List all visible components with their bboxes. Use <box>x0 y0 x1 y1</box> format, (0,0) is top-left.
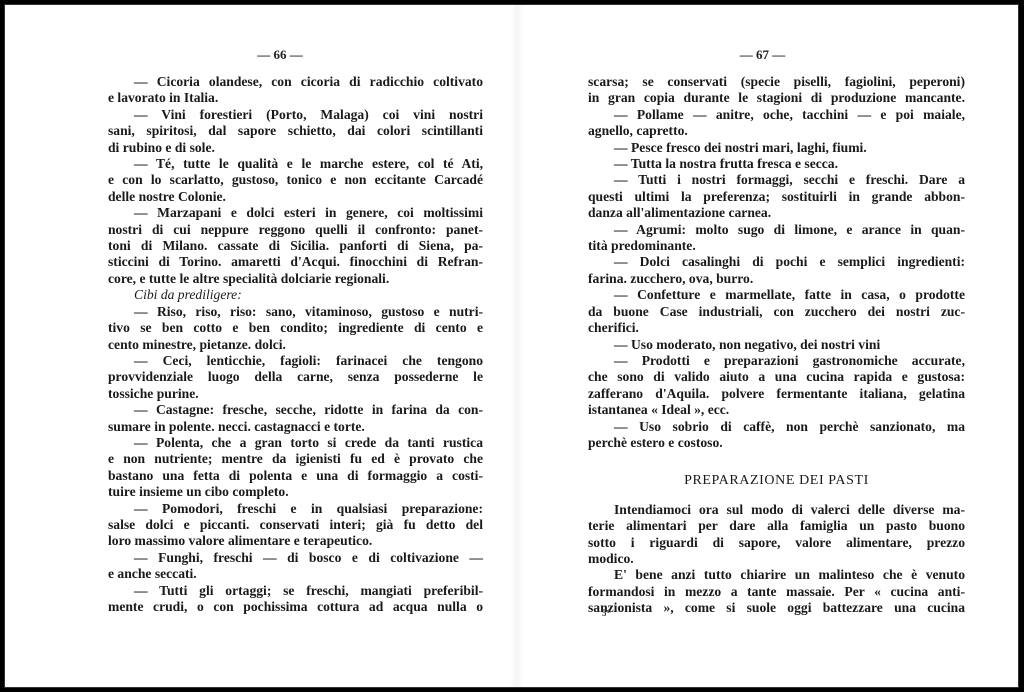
text-line: — Agrumi: molto sugo di limone, e arance… <box>588 222 965 238</box>
text-line: — Pomodori, freschi e in qualsiasi prepa… <box>108 501 483 517</box>
text-line: Intendiamoci ora sul modo di valerci del… <box>588 502 965 518</box>
text-line: Cibi da prediligere: <box>108 287 483 303</box>
text-line: — Tutti i nostri formaggi, secchi e fres… <box>588 172 965 188</box>
text-line: sticcini di Torino. amaretti d'Acqui. fi… <box>108 254 483 270</box>
text-line: bastano una fetta di polenta e una di fo… <box>108 468 483 484</box>
text-line: — Polenta, che a gran torto si crede da … <box>108 435 483 451</box>
text-line: in gran copia durante le stagioni di pro… <box>588 90 965 106</box>
text-line: scarsa; se conservati (specie piselli, f… <box>588 74 965 90</box>
right-page-text-after-heading: Intendiamoci ora sul modo di valerci del… <box>588 502 965 617</box>
text-line: — Tutta la nostra frutta fresca e secca. <box>588 156 965 172</box>
right-page: — 67 — scarsa; se conservati (specie pis… <box>515 5 1020 687</box>
text-line: modico. <box>588 551 965 567</box>
text-line: da buone Case industriali, con zucchero … <box>588 304 965 320</box>
text-line: salse dolci e piccanti. conservati inter… <box>108 517 483 533</box>
text-line: — Marzapani e dolci esteri in genere, co… <box>108 205 483 221</box>
text-line: — Castagne: fresche, secche, ridotte in … <box>108 402 483 418</box>
book-spread: — 66 — — Cicoria olandese, con cicoria d… <box>4 4 1019 688</box>
page-number-left: — 66 — <box>25 47 535 63</box>
text-line: tossiche purine. <box>108 386 483 402</box>
text-line: — Uso sobrio di caffè, non perchè sanzio… <box>588 419 965 435</box>
right-page-body: scarsa; se conservati (specie piselli, f… <box>588 74 965 617</box>
text-line: di rubino e di sole. <box>108 140 483 156</box>
text-line: — Confetture e marmellate, fatte in casa… <box>588 287 965 303</box>
text-line: — Pesce fresco dei nostri mari, laghi, f… <box>588 140 965 156</box>
text-line: zafferano d'Aquila. polvere fermentante … <box>588 386 965 402</box>
text-line: loro massimo valore alimentare e terapeu… <box>108 533 483 549</box>
text-line: core, e tutte le altre specialità dolcia… <box>108 271 483 287</box>
text-line: sumare in polente. necci. castagnacci e … <box>108 419 483 435</box>
text-line: — Dolci casalinghi di pochi e semplici i… <box>588 254 965 270</box>
text-line: — Uso moderato, non negativo, dei nostri… <box>588 337 965 353</box>
text-line: tivo se ben cotto e ben condito; ingredi… <box>108 320 483 336</box>
text-line: — Té, tutte le qualità e le marche ester… <box>108 156 483 172</box>
text-line: farina. zucchero, ova, burro. <box>588 271 965 287</box>
text-line: formandosi in mezzo a tante massaie. Per… <box>588 584 965 600</box>
left-page-body: — Cicoria olandese, con cicoria di radic… <box>108 74 483 615</box>
left-page: — 66 — — Cicoria olandese, con cicoria d… <box>5 5 515 687</box>
text-line: sotto i riguardi di sapore, valore alime… <box>588 535 965 551</box>
text-line: — Prodotti e preparazioni gastronomiche … <box>588 353 965 369</box>
text-line: danza all'alimentazione carnea. <box>588 205 965 221</box>
text-line: — Ceci, lenticchie, fagioli: farinacei c… <box>108 353 483 369</box>
section-heading: PREPARAZIONE DEI PASTI <box>588 473 965 489</box>
text-line: e con lo scarlatto, gustoso, tonico e no… <box>108 172 483 188</box>
text-line: questi ultimi la preferenza; sostituirli… <box>588 189 965 205</box>
text-line: cherifici. <box>588 320 965 336</box>
text-line: toni di Milano. cassate di Sicilia. panf… <box>108 238 483 254</box>
text-line: e lavorato in Italia. <box>108 90 483 106</box>
text-line: terie alimentari per dare alla famiglia … <box>588 518 965 534</box>
right-page-text-before-heading: scarsa; se conservati (specie piselli, f… <box>588 74 965 451</box>
text-line: — Vini forestieri (Porto, Malaga) coi vi… <box>108 107 483 123</box>
text-line: delle nostre Colonie. <box>108 189 483 205</box>
page-number-right: — 67 — <box>510 47 1015 63</box>
text-line: mente crudi, o con pochissima cottura ad… <box>108 599 483 615</box>
text-line: perchè estero e costoso. <box>588 435 965 451</box>
text-line: — Tutti gli ortaggi; se freschi, mangiat… <box>108 583 483 599</box>
text-line: agnello, capretto. <box>588 123 965 139</box>
text-line: e anche seccati. <box>108 566 483 582</box>
text-line: tità predominante. <box>588 238 965 254</box>
text-line: e non nutriente; mentre da igienisti fu … <box>108 451 483 467</box>
text-line: nostri di cui neppure reggono quelli il … <box>108 222 483 238</box>
text-line: — Funghi, freschi — di bosco e di coltiv… <box>108 550 483 566</box>
text-line: istantanea « Ideal », ecc. <box>588 402 965 418</box>
text-line: tuire insieme un cibo completo. <box>108 484 483 500</box>
text-line: — Pollame — anitre, oche, tacchini — e p… <box>588 107 965 123</box>
text-line: che sono di valido aiuto a una cucina ra… <box>588 369 965 385</box>
text-line: sanzionista », come si suole oggi battez… <box>588 600 965 616</box>
text-line: — Riso, riso, riso: sano, vitaminoso, gu… <box>108 304 483 320</box>
text-line: cento minestre, pietanze. dolci. <box>108 337 483 353</box>
signature-mark: 5* <box>602 608 611 618</box>
text-line: sani, spiritosi, dal sapore schietto, da… <box>108 123 483 139</box>
text-line: provvidenziale luogo della carne, senza … <box>108 369 483 385</box>
text-line: — Cicoria olandese, con cicoria di radic… <box>108 74 483 90</box>
text-line: E' bene anzi tutto chiarire un malinteso… <box>588 567 965 583</box>
